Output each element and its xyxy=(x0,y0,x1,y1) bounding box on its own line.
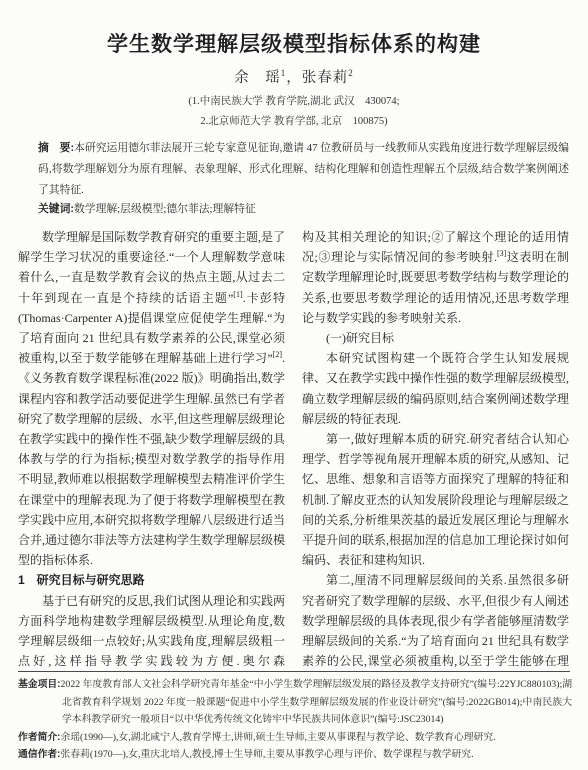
footnotes: 基金项目:2022 年度教育部人文社会科学研究青年基金“中小学生数学理解层级发展… xyxy=(18,676,572,764)
funding-text: 2022 年度教育部人文社会科学研究青年基金“中小学生数学理解层级发展的路径及教… xyxy=(61,679,572,725)
author-line: 余 瑶1，张春莉2 xyxy=(0,66,588,87)
abstract: 摘 要:本研究运用德尔菲法展开三轮专家意见征询,邀请 47 位教研员与一线教师从… xyxy=(38,138,569,201)
corresponding-author-text: 张春莉(1970—),女,重庆北培人,教授,博士生导师,主要从事教学心理与评价、… xyxy=(60,749,473,760)
author-2-affiliation-mark: 2 xyxy=(348,68,354,78)
author-2: 张春莉 xyxy=(302,70,349,86)
body-paragraph: 构及其相关理论的知识;②了解这个理论的适用情况;③理论与实际情况间的参考映射.[… xyxy=(302,227,569,328)
paragraph-text: .《义务教育数学课程标准(2022 版)》明确指出,数学课程内容和教学活动要促进… xyxy=(18,351,285,567)
body-paragraph: 第一,做好理解本质的研究.研究者结合认知心理学、哲学等视角展开理解本质的研究,从… xyxy=(302,429,569,570)
abstract-text: 本研究运用德尔菲法展开三轮专家意见征询,邀请 47 位教研员与一线教师从实践角度… xyxy=(38,142,569,196)
corresponding-author-label: 通信作者: xyxy=(18,749,60,760)
paragraph-text: 第二,厘清不同理解层级间的关系.虽然很多研究者研究了数学理解的层级、水平,但很少… xyxy=(302,573,569,669)
body-paragraph: 本研究试图构建一个既符合学生认知发展规律、又在教学实践中操作性强的数学理解层级模… xyxy=(302,348,569,429)
affiliation-1: (1.中南民族大学 教育学院,湖北 武汉 430074; xyxy=(0,92,588,112)
right-column: 构及其相关理论的知识;②了解这个理论的适用情况;③理论与实际情况间的参考映射.[… xyxy=(302,227,569,669)
author-bio-label: 作者简介: xyxy=(18,732,60,743)
author-separator: ， xyxy=(286,70,302,86)
body-paragraph: 基于已有研究的反思,我们试图从理论和实践两方面科学地构建数学理解层级模型.从理论… xyxy=(18,591,285,669)
body-paragraph: 数学理解是国际数学教育研究的重要主题,是了解学生学习状况的重要途径.“一个人理解… xyxy=(18,227,285,570)
paper-title: 学生数学理解层级模型指标体系的构建 xyxy=(0,28,588,58)
body-paragraph: 第二,厘清不同理解层级间的关系.虽然很多研究者研究了数学理解的层级、水平,但很少… xyxy=(302,570,569,669)
citation-ref-3: [3] xyxy=(497,249,506,258)
keywords-text: 数学理解;层级模型;德尔菲法;理解特征 xyxy=(74,203,256,215)
keywords-label: 关键词: xyxy=(38,203,74,215)
footnote-divider xyxy=(18,671,570,672)
affiliation-2: 2.北京师范大学 教育学部, 北京 100875) xyxy=(0,112,588,132)
corresponding-author-note: 通信作者:张春莉(1970—),女,重庆北培人,教授,博士生导师,主要从事教学心… xyxy=(18,746,572,764)
left-column: 数学理解是国际数学教育研究的重要主题,是了解学生学习状况的重要途径.“一个人理解… xyxy=(18,227,285,669)
section-heading-1: 1 研究目标与研究思路 xyxy=(18,570,285,590)
paper-page: 学生数学理解层级模型指标体系的构建 余 瑶1，张春莉2 (1.中南民族大学 教育… xyxy=(0,0,588,770)
citation-ref-1: [1] xyxy=(233,290,242,299)
author-bio-note: 作者简介:余瑶(1990—),女,湖北咸宁人,教育学博士,讲师,硕士生导师,主要… xyxy=(18,729,572,747)
subsection-heading-1: (一)研究目标 xyxy=(302,328,569,348)
author-1: 余 瑶 xyxy=(234,70,281,86)
author-bio-text: 余瑶(1990—),女,湖北咸宁人,教育学博士,讲师,硕士生导师,主要从事课程与… xyxy=(60,732,495,743)
funding-note: 基金项目:2022 年度教育部人文社会科学研究青年基金“中小学生数学理解层级发展… xyxy=(18,676,572,729)
affiliations: (1.中南民族大学 教育学院,湖北 武汉 430074; 2.北京师范大学 教育… xyxy=(0,92,588,132)
funding-label: 基金项目: xyxy=(18,679,61,690)
abstract-label: 摘 要: xyxy=(38,142,74,154)
citation-ref-2: [2] xyxy=(273,350,282,359)
body-columns: 数学理解是国际数学教育研究的重要主题,是了解学生学习状况的重要途径.“一个人理解… xyxy=(18,227,570,669)
keywords: 关键词:数学理解;层级模型;德尔菲法;理解特征 xyxy=(38,199,569,219)
